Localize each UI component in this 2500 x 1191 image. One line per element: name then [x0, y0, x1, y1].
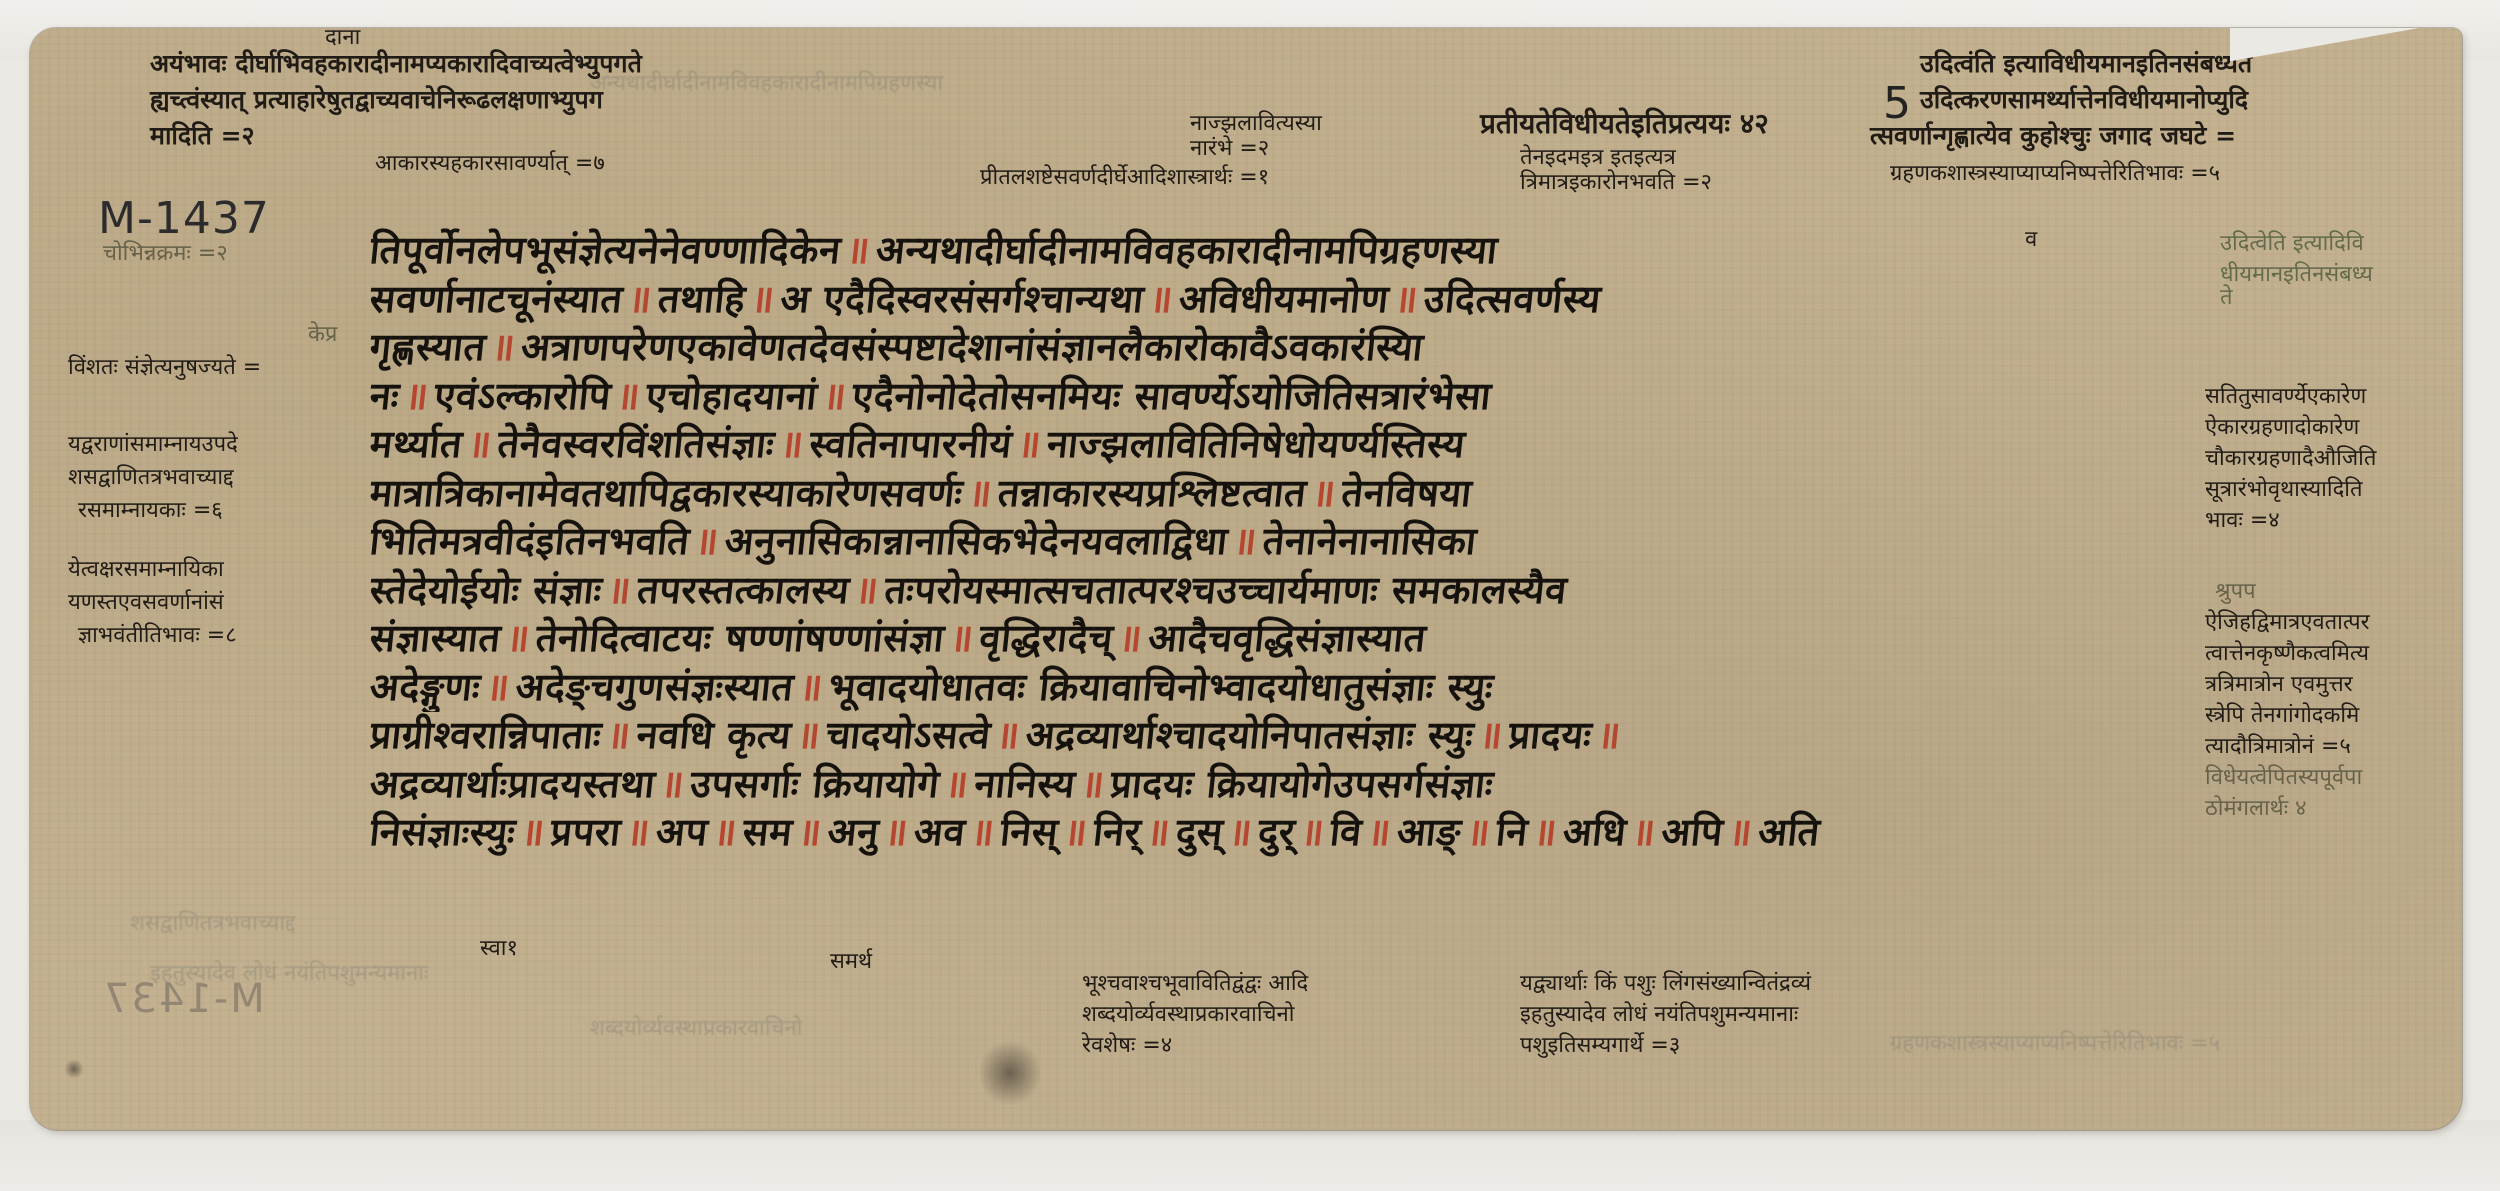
commentary-line: चौकारग्रहणादैऔजिति	[2205, 443, 2465, 474]
text-segment: भूवादयोधातवः क्रियावाचिनोभ्वादयोधातुसंज्…	[827, 665, 1496, 709]
commentary-bottom-center: भूश्चवाश्चभूवावितिद्वंद्वः आदि शब्दयोर्व…	[1082, 968, 1308, 1061]
text-segment: अन्यथादीर्घादीनामविवहकारादीनामपिग्रहणस्य…	[874, 228, 1500, 272]
manuscript-leaf: अन्यथादीर्घादीनामविवहकारादीनामपिग्रहणस्य…	[30, 28, 2462, 1130]
commentary-line: त्वात्तेनकृष्णैकत्वमित्य	[2205, 638, 2465, 669]
double-danda-mark: ॥	[1477, 713, 1505, 757]
double-danda-mark: ॥	[1299, 810, 1327, 854]
double-danda-mark: ॥	[943, 762, 971, 806]
text-segment: गृह्णस्यात	[368, 325, 489, 369]
double-danda-mark: ॥	[605, 713, 633, 757]
commentary-line: त्रिमात्रइकारोनभवति =२	[1520, 167, 1809, 198]
commentary-line: इहतुस्यादेव लोधं नयंतिपशुमन्यमानाः	[1520, 999, 1811, 1030]
double-danda-mark: ॥	[490, 325, 518, 369]
text-segment: सवर्णानाटचूनंस्यात	[368, 277, 625, 321]
commentary-line: त्रत्रिमात्रोन एवमुत्तर	[2205, 669, 2465, 700]
text-segment: अविधीयमानोण	[1177, 277, 1391, 321]
show-through-text: शसद्वाणितत्रभवाच्याद्द	[130, 908, 296, 940]
double-danda-mark: ॥	[1366, 810, 1394, 854]
margin-mark: स्वा१	[480, 933, 518, 964]
double-danda-mark: ॥	[1117, 616, 1145, 660]
commentary-line: ते	[2220, 282, 2480, 313]
double-danda-mark: ॥	[519, 810, 547, 854]
commentary-line: उदित्वेति इत्यादिवि	[2220, 228, 2480, 259]
text-segment: अत्राणपरेणएकावेणतदेवसंस्पष्टादेशानांसंज्…	[519, 325, 1426, 369]
commentary-line: ऐजिहद्विमात्रएवतात्पर	[2205, 607, 2465, 638]
commentary-top-center: नाज्झलावित्यस्या नारंभे =२ प्रीतलशष्टेसव…	[980, 108, 1269, 201]
main-text-line-6: मात्रात्रिकानामेवतथापिद्वकारस्याकारेणसवर…	[367, 469, 2162, 518]
double-danda-mark: ॥	[795, 713, 823, 757]
double-danda-mark: ॥	[967, 471, 995, 515]
commentary-line: यद्व्यार्थाः किं पशुः लिंगसंख्यान्वितंद्…	[1520, 968, 1811, 999]
show-through-text: अन्यथादीर्घादीनामविवहकारादीनामपिग्रहणस्य…	[590, 68, 943, 100]
text-segment: प्रपरा	[548, 810, 623, 854]
ink-stain	[65, 1058, 83, 1080]
ink-stain	[980, 1038, 1040, 1108]
double-danda-mark: ॥	[625, 810, 653, 854]
commentary-line: येत्वक्षरसमाम्नायिका	[68, 554, 378, 585]
text-segment: संज्ञास्यात	[368, 616, 503, 660]
double-danda-mark: ॥	[1227, 810, 1255, 854]
commentary-line: विधेयत्वेपितस्यपूर्वपा	[2205, 762, 2465, 793]
text-segment: उपसर्गाः क्रियायोगे	[688, 762, 942, 806]
text-segment: चादयोऽसत्वे	[824, 713, 993, 757]
text-segment: प्राग्रीश्वरान्निपाताः	[368, 713, 604, 757]
text-segment: तिपूर्वोनलेपभूसंज्ञेत्यनेनेवण्णादिकेन	[368, 228, 843, 272]
text-segment: दुर्	[1256, 810, 1297, 854]
commentary-line: उदित्करणसामर्थ्यात्तेनविधीयमानोप्युदि	[1920, 82, 2286, 118]
commentary-right-margin: उदित्वेति इत्यादिवि धीयमानइतिनसंबध्य ते …	[2205, 228, 2465, 724]
text-segment: तेनविषया	[1339, 471, 1474, 515]
text-segment: भितिमत्रवीदंइतिनभवति	[368, 519, 692, 563]
commentary-line: पशुइतिसम्यगार्थे =३	[1520, 1030, 1811, 1061]
commentary-line: शब्दयोर्व्यवस्थाप्रकारवाचिनो	[1082, 999, 1308, 1030]
double-danda-mark: ॥	[853, 568, 881, 612]
main-text-line-10: अदेङ्गुणः॥अदेङ्चगुणसंज्ञःस्यात॥भूवादयोधा…	[367, 663, 2162, 712]
commentary-line: प्रतीयतेविधीयतेइतिप्रत्ययः ४२	[1480, 106, 1769, 142]
text-segment: अद्रव्यार्थाश्चादयोनिपातसंज्ञाः स्युः	[1024, 713, 1476, 757]
commentary-line: रेवशेषः =४	[1082, 1030, 1308, 1061]
text-segment: मात्रात्रिकानामेवतथापिद्वकारस्याकारेणसवर…	[368, 471, 965, 515]
double-danda-mark: ॥	[1231, 519, 1259, 563]
double-danda-mark: ॥	[504, 616, 532, 660]
double-danda-mark: ॥	[797, 665, 825, 709]
text-segment: प्रादयः	[1507, 713, 1594, 757]
text-segment: दुस्	[1174, 810, 1225, 854]
main-text-line-4: नः॥एवंऽल्कारोपि॥एचोहादयानां॥एदैनोनोदेतोस…	[367, 372, 2162, 421]
double-danda-mark: ॥	[466, 422, 494, 466]
double-danda-mark: ॥	[1630, 810, 1658, 854]
double-danda-mark: ॥	[994, 713, 1022, 757]
commentary-line: ज्ञाभवंतीतिभावः =८	[78, 620, 388, 651]
commentary-line: ग्रहणकशास्त्रस्याप्याप्यनिष्पत्तेरितिभाव…	[1890, 158, 2256, 189]
text-segment: निस्	[998, 810, 1060, 854]
double-danda-mark: ॥	[821, 374, 849, 418]
text-segment: सम	[741, 810, 795, 854]
commentary-line: नारंभे =२	[1190, 133, 1479, 164]
text-segment: स्तेदेयोईयोः संज्ञाः	[368, 568, 605, 612]
commentary-line: शसद्वाणितत्रभवाच्याद्द	[68, 462, 378, 493]
double-danda-mark: ॥	[778, 422, 806, 466]
text-segment: अव	[912, 810, 968, 854]
double-danda-mark: ॥	[484, 665, 512, 709]
commentary-line: विंशतः संज्ञेत्यनुषज्यते =	[68, 352, 378, 383]
text-segment: एचोहादयानां	[644, 374, 820, 418]
text-segment: नानिस्य	[972, 762, 1077, 806]
commentary-line: ठोमंगलार्थः ४	[2205, 793, 2465, 824]
commentary-line: ह्यच्त्वंस्यात् प्रत्याहारेषुतद्वाच्यवाच…	[150, 82, 642, 118]
text-segment: तपरस्तत्कालस्य	[635, 568, 852, 612]
text-segment: तन्नाकारस्यप्रश्लिष्टत्वात	[996, 471, 1309, 515]
double-danda-mark: ॥	[659, 762, 687, 806]
double-danda-mark: ॥	[1016, 422, 1044, 466]
text-segment: नाज्झलावितिनिषेधोयर्ण्यस्तिस्य	[1045, 422, 1467, 466]
commentary-line: सतितुसावर्ण्येएकारेण	[2205, 381, 2465, 412]
catalog-number: M-1437	[98, 193, 270, 244]
commentary-line: त्यादौत्रिमात्रोनं =५	[2205, 731, 2465, 762]
main-text-line-9: संज्ञास्यात॥तेनोदित्वाटयः षण्णांषण्णांसं…	[367, 614, 2162, 663]
double-danda-mark: ॥	[1310, 471, 1338, 515]
commentary-line: रसमाम्नायकाः =६	[78, 495, 388, 526]
double-danda-mark: ॥	[403, 374, 431, 418]
double-danda-mark: ॥	[1148, 277, 1176, 321]
commentary-line: प्रीतलशष्टेसवर्णदीर्घेआदिशास्त्रार्थः =१	[980, 162, 1269, 193]
text-segment: अप	[654, 810, 710, 854]
double-danda-mark: ॥	[1062, 810, 1090, 854]
commentary-line: यणस्तएवसवर्णानांसं	[68, 587, 378, 618]
text-segment: तेनैवस्वरविंशतिसंज्ञाः	[495, 422, 776, 466]
text-segment: अ एदैदिस्वरसंसर्गश्चान्यथा	[778, 277, 1146, 321]
commentary-line: भूश्चवाश्चभूवावितिद्वंद्वः आदि	[1082, 968, 1308, 999]
commentary-line: चोभिन्नक्रमः =२	[103, 238, 413, 269]
text-segment: अदेङ्चगुणसंज्ञःस्यात	[513, 665, 796, 709]
main-text-line-1: तिपूर्वोनलेपभूसंज्ञेत्यनेनेवण्णादिकेन॥अन…	[367, 226, 2162, 275]
double-danda-mark: ॥	[845, 228, 873, 272]
commentary-line: अयंभावः दीर्घाभिवहकारादीनामप्यकारादिवाच्…	[150, 46, 642, 82]
text-segment: उदित्सवर्णस्य	[1422, 277, 1603, 321]
margin-mark: समर्थ	[830, 946, 872, 977]
double-danda-mark: ॥	[1079, 762, 1107, 806]
double-danda-mark: ॥	[615, 374, 643, 418]
double-danda-mark: ॥	[749, 277, 777, 321]
double-danda-mark: ॥	[626, 277, 654, 321]
text-segment: अनुनासिकान्नानासिकभेदेनयवलाद्विधा	[722, 519, 1230, 563]
text-segment: स्वतिनापारनीयं	[807, 422, 1014, 466]
commentary-top-center-right: प्रतीयतेविधीयतेइतिप्रत्ययः ४२ तेनइदमइत्र…	[1480, 106, 1769, 204]
text-segment: अद्रव्यार्थाःप्रादयस्तथा	[368, 762, 658, 806]
commentary-line: ऐकारग्रहणादोकारेण	[2205, 412, 2465, 443]
double-danda-mark: ॥	[1595, 713, 1623, 757]
text-segment: प्रादयः क्रियायोगेउपसर्गसंज्ञाः	[1108, 762, 1495, 806]
catalog-number-show-through: M-1437	[102, 976, 265, 1022]
text-segment: आङ्	[1395, 810, 1464, 854]
show-through-text: शब्दयोर्व्यवस्थाप्रकारवाचिनो	[590, 1013, 802, 1045]
main-text-line-7: भितिमत्रवीदंइतिनभवति॥अनुनासिकान्नानासिकभ…	[367, 517, 2162, 566]
main-text-line-11: प्राग्रीश्वरान्निपाताः॥नवधि कृत्य॥चादयोऽ…	[367, 711, 2162, 760]
double-danda-mark: ॥	[1465, 810, 1493, 854]
double-danda-mark: ॥	[1532, 810, 1560, 854]
text-segment: एदैनोनोदेतोसनमियः सावर्ण्येऽयोजितिसत्रार…	[850, 374, 1493, 418]
commentary-line: त्सवर्णान्गृह्णात्येव कुहोश्चुः जगाद जघट…	[1870, 118, 2236, 154]
text-segment: नि	[1494, 810, 1530, 854]
text-segment: अधि	[1561, 810, 1629, 854]
text-segment: मर्थ्यात	[368, 422, 465, 466]
text-segment: तेनानेनानासिका	[1261, 519, 1479, 563]
commentary-line: श्रुपप	[2215, 576, 2475, 607]
main-text-block: तिपूर्वोनलेपभूसंज्ञेत्यनेनेवण्णादिकेन॥अन…	[370, 226, 2160, 857]
main-text-line-8: स्तेदेयोईयोः संज्ञाः॥तपरस्तत्कालस्य॥तःपर…	[367, 566, 2162, 615]
double-danda-mark: ॥	[969, 810, 997, 854]
text-segment: निसंज्ञाःस्युः	[368, 810, 518, 854]
text-segment: वृद्धिरादैच्	[977, 616, 1115, 660]
commentary-top-left-note: आकारस्यहकारसावर्ण्यात् =७	[375, 148, 605, 179]
text-segment: अपि	[1659, 810, 1725, 854]
double-danda-mark: ॥	[1145, 810, 1173, 854]
double-danda-mark: ॥	[1727, 810, 1755, 854]
text-segment: निर्	[1091, 810, 1143, 854]
text-segment: वि	[1328, 810, 1364, 854]
commentary-bottom-right: यद्व्यार्थाः किं पशुः लिंगसंख्यान्वितंद्…	[1330, 968, 1621, 1061]
main-text-line-12: अद्रव्यार्थाःप्रादयस्तथा॥उपसर्गाः क्रिया…	[367, 760, 2162, 809]
commentary-line: सूत्रारंभोवृथास्यादिति	[2205, 474, 2465, 505]
text-segment: आदैचवृद्धिसंज्ञास्यात	[1146, 616, 1428, 660]
commentary-left-margin: चोभिन्नक्रमः =२ केप्र विंशतः संज्ञेत्यनु…	[68, 238, 378, 517]
main-text-line-3: गृह्णस्यात॥अत्राणपरेणएकावेणतदेवसंस्पष्टा…	[367, 323, 2162, 372]
text-segment: अदेङ्गुणः	[368, 665, 483, 709]
double-danda-mark: ॥	[606, 568, 634, 612]
commentary-top-left: अयंभावः दीर्घाभिवहकारादीनामप्यकारादिवाच्…	[150, 46, 642, 154]
double-danda-mark: ॥	[693, 519, 721, 563]
commentary-line: भावः =४	[2205, 505, 2465, 536]
text-segment: तथाहि	[656, 277, 748, 321]
commentary-line: स्त्रेपि तेनगांगोदकमि	[2205, 700, 2465, 731]
double-danda-mark: ॥	[1393, 277, 1421, 321]
torn-edge	[2230, 28, 2470, 68]
text-segment: अति	[1756, 810, 1822, 854]
text-segment: नवधि कृत्य	[634, 713, 793, 757]
double-danda-mark: ॥	[796, 810, 824, 854]
main-text-line-2: सवर्णानाटचूनंस्यात॥तथाहि॥अ एदैदिस्वरसंसर…	[367, 275, 2162, 324]
mount-background-bottom	[0, 1120, 2500, 1191]
text-segment: तःपरोयस्मात्सचतात्परश्चउच्चार्यमाणः समका…	[882, 568, 1569, 612]
double-danda-mark: ॥	[948, 616, 976, 660]
text-segment: तेनोदित्वाटयः षण्णांषण्णांसंज्ञा	[534, 616, 947, 660]
double-danda-mark: ॥	[711, 810, 739, 854]
text-segment: नः	[368, 374, 402, 418]
show-through-text: ग्रहणकशास्त्रस्याप्याप्यनिष्पत्तेरितिभाव…	[1890, 1028, 2220, 1060]
main-text-line-13: निसंज्ञाःस्युः॥प्रपरा॥अप॥सम॥अनु॥अव॥निस्॥…	[367, 808, 2162, 857]
text-segment: एवंऽल्कारोपि	[432, 374, 613, 418]
double-danda-mark: ॥	[883, 810, 911, 854]
text-segment: अनु	[825, 810, 881, 854]
main-text-line-5: मर्थ्यात॥तेनैवस्वरविंशतिसंज्ञाः॥स्वतिनाप…	[367, 420, 2162, 469]
commentary-line: यद्वराणांसमाम्नायउपदे	[68, 429, 378, 460]
